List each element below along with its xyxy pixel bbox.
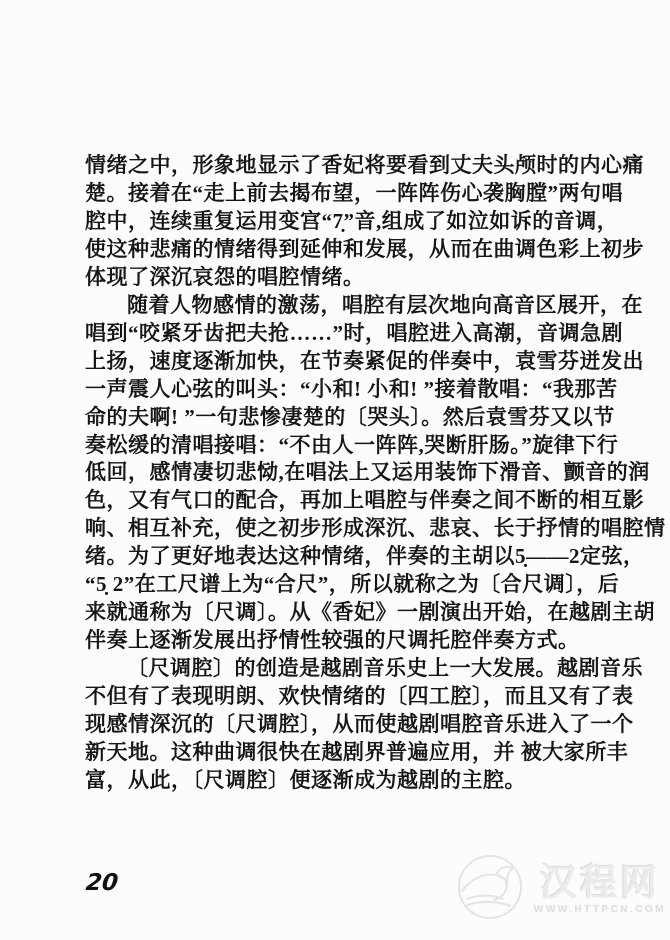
- watermark-site-name: 汉程网: [540, 864, 660, 901]
- text-line: 腔中，连续重复运用变宫“7̣”音,组成了如泣如诉的音调，: [85, 208, 591, 236]
- paragraph: 情绪之中，形象地显示了香妃将要看到丈夫头颅时的内心痛楚。接着在“走上前去揭布望，…: [85, 152, 591, 292]
- text-line: 色，又有气口的配合，再加上唱腔与伴奏之间不断的相互影: [85, 487, 591, 515]
- text-line: 新天地。这种曲调很快在越剧界普遍应用，并 被大家所丰: [85, 739, 591, 767]
- text-line: 绪。为了更好地表达这种情绪，伴奏的主胡以5̣——2定弦，: [85, 543, 591, 571]
- watermark-text: 汉程网 WWW.HTTPCN.COM: [534, 864, 666, 915]
- httpcn-phoenix-logo-icon: [452, 849, 528, 930]
- text-line: 伴奏上逐渐发展出抒情性较强的尺调托腔伴奏方式。: [85, 627, 591, 655]
- text-line: 〔尺调腔〕的创造是越剧音乐史上一大发展。越剧音乐: [85, 655, 591, 683]
- text-line: 随着人物感情的激荡，唱腔有层次地向高音区展开，在: [85, 292, 591, 320]
- book-page: 情绪之中，形象地显示了香妃将要看到丈夫头颅时的内心痛楚。接着在“走上前去揭布望，…: [0, 0, 670, 940]
- watermark: 汉程网 WWW.HTTPCN.COM: [452, 849, 666, 930]
- text-line: 命的夫啊! ”一句悲惨凄楚的〔哭头〕。然后袁雪芬又以节: [85, 404, 591, 432]
- text-line: 使这种悲痛的情绪得到延伸和发展，从而在曲调色彩上初步: [85, 236, 591, 264]
- text-line: 现感情深沉的〔尺调腔〕，从而使越剧唱腔音乐进入了一个: [85, 711, 591, 739]
- text-line: 低回，感情凄切悲恸,在唱法上又运用装饰下滑音、颤音的润: [85, 459, 591, 487]
- page-number: 20: [85, 870, 120, 896]
- text-line: 体现了深沉哀怨的唱腔情绪。: [85, 264, 591, 292]
- text-line: 富，从此，〔尺调腔〕便逐渐成为越剧的主腔。: [85, 767, 591, 795]
- watermark-site-url: WWW.HTTPCN.COM: [534, 904, 666, 915]
- paragraph: 随着人物感情的激荡，唱腔有层次地向高音区展开，在唱到“咬紧牙齿把夫抢……”时，唱…: [85, 292, 591, 655]
- text-line: 楚。接着在“走上前去揭布望，一阵阵伤心袭胸膛”两句唱: [85, 180, 591, 208]
- page-text: 情绪之中，形象地显示了香妃将要看到丈夫头颅时的内心痛楚。接着在“走上前去揭布望，…: [85, 152, 591, 795]
- text-line: 响、相互补充，使之初步形成深沉、悲哀、长于抒情的唱腔情: [85, 515, 591, 543]
- text-line: 奏松缓的清唱接唱：“不由人一阵阵,哭断肝肠。”旋律下行: [85, 432, 591, 460]
- paragraph: 〔尺调腔〕的创造是越剧音乐史上一大发展。越剧音乐不但有了表现明朗、欢快情绪的〔四…: [85, 655, 591, 795]
- text-line: 不但有了表现明朗、欢快情绪的〔四工腔〕，而且又有了表: [85, 683, 591, 711]
- text-line: 情绪之中，形象地显示了香妃将要看到丈夫头颅时的内心痛: [85, 152, 591, 180]
- text-line: 唱到“咬紧牙齿把夫抢……”时，唱腔进入高潮，音调急剧: [85, 320, 591, 348]
- text-line: 来就通称为〔尺调〕。从《香妃》一剧演出开始，在越剧主胡: [85, 599, 591, 627]
- text-line: 上扬，速度逐渐加快，在节奏紧促的伴奏中，袁雪芬迸发出: [85, 348, 591, 376]
- text-line: 一声震人心弦的叫头：“小和! 小和! ”接着散唱：“我那苦: [85, 376, 591, 404]
- text-line: “5̣ 2”在工尺谱上为“合尺”，所以就称之为〔合尺调〕，后: [85, 571, 591, 599]
